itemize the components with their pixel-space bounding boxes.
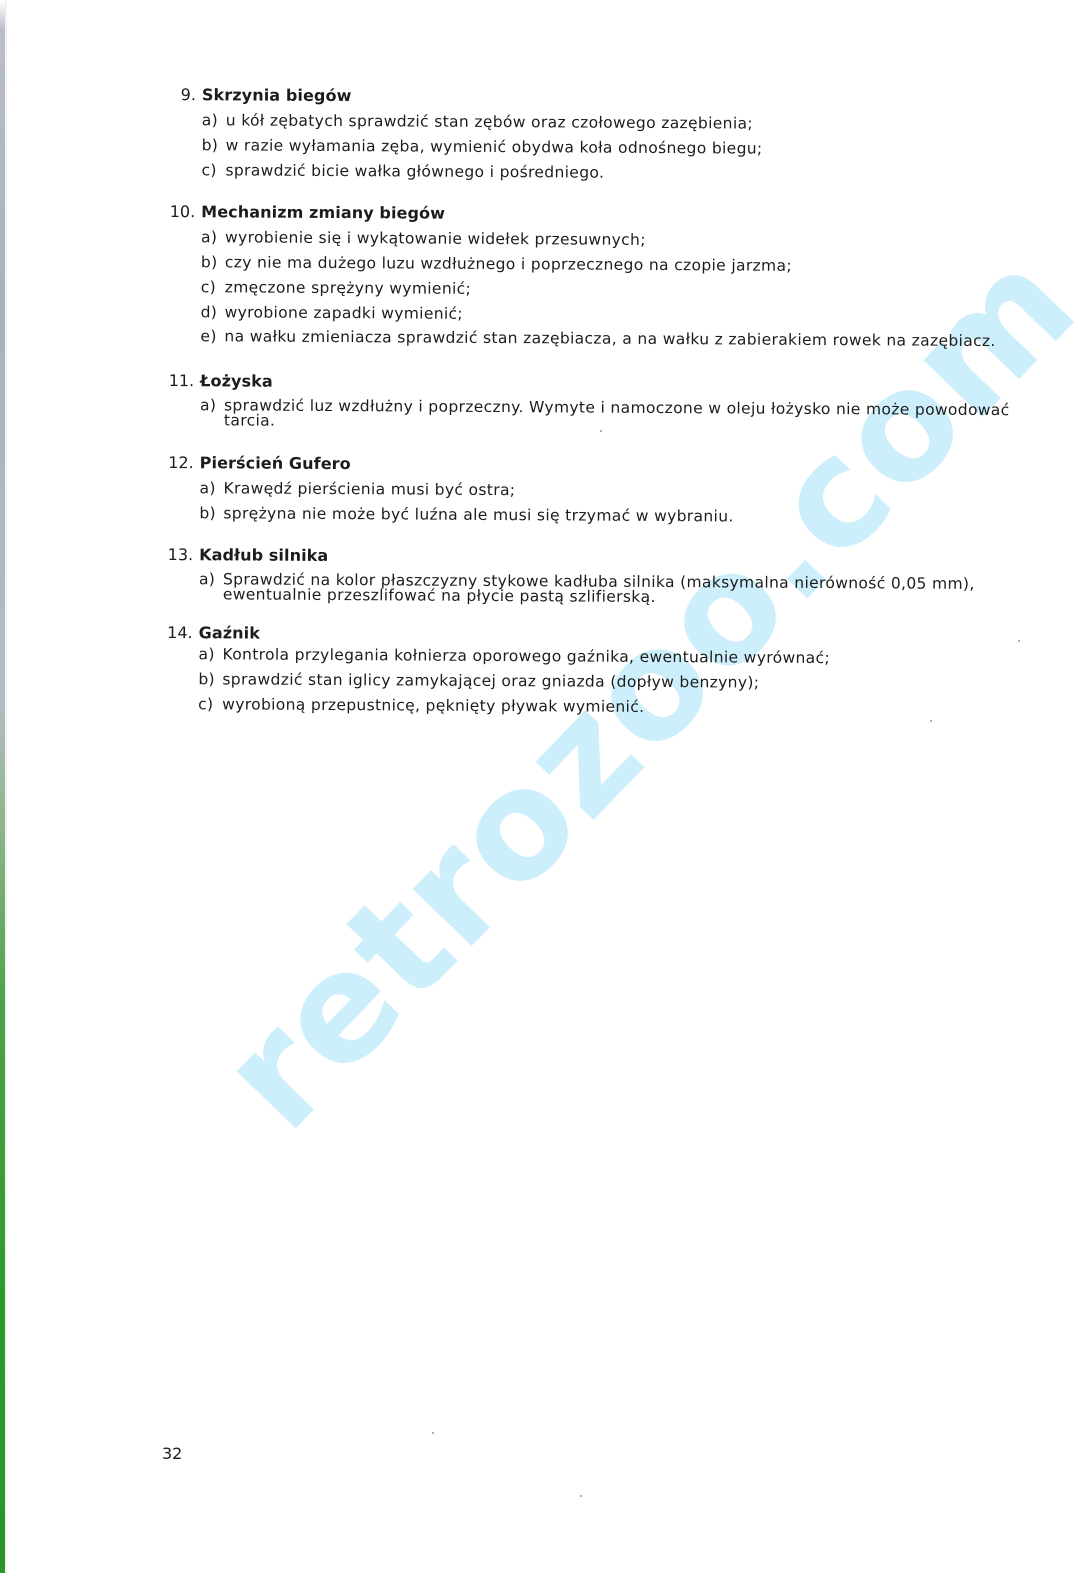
section-bearings: 11. Łożyska a) sprawdzić luz wzdłużny i … <box>166 370 1016 433</box>
item-letter: c) <box>201 162 225 179</box>
item-letter: a) <box>201 229 225 246</box>
item-letter: b) <box>198 671 222 688</box>
item-letter: e) <box>200 329 224 344</box>
list-item: a) Kontrola przylegania kołnierza oporow… <box>198 646 1014 668</box>
item-text: sprężyna nie może być luźna ale musi się… <box>223 505 1015 527</box>
section-number: 10. <box>167 201 201 223</box>
section-title: Mechanizm zmiany biegów <box>201 201 445 224</box>
list-item: a) wyrobienie się i wykątowanie widełek … <box>201 229 1017 251</box>
section-title: Pierścień Gufero <box>200 452 351 475</box>
list-item: b) sprężyna nie może być luźna ale musi … <box>199 505 1015 527</box>
scan-speck <box>580 1495 582 1497</box>
list-item: c) sprawdzić bicie wałka głównego i pośr… <box>201 162 1017 184</box>
section-number: 14. <box>165 622 199 644</box>
item-text: zmęczone sprężyny wymienić; <box>225 279 1017 301</box>
section-engine-block: 13. Kadłub silnika a) Sprawdzić na kolor… <box>165 544 1015 607</box>
section-heading: 13. Kadłub silnika <box>165 544 1015 571</box>
section-title: Skrzynia biegów <box>202 84 352 107</box>
item-letter: a) <box>198 646 222 663</box>
list-item: d) wyrobione zapadki wymienić; <box>201 304 1017 326</box>
item-text: sprawdzić luz wzdłużny i poprzeczny. Wym… <box>224 398 1016 433</box>
list-item: b) czy nie ma dużego luzu wzdłużnego i p… <box>201 254 1017 276</box>
item-letter: c) <box>198 696 222 713</box>
item-letter: a) <box>199 572 223 602</box>
section-heading: 10. Mechanizm zmiany biegów <box>167 201 1017 228</box>
section-heading: 12. Pierścień Gufero <box>166 452 1016 479</box>
list-item: a) sprawdzić luz wzdłużny i poprzeczny. … <box>200 398 1016 433</box>
section-title: Łożyska <box>200 370 273 392</box>
section-gearbox: 9. Skrzynia biegów a) u kół zębatych spr… <box>167 84 1018 184</box>
document-page: 9. Skrzynia biegów a) u kół zębatych spr… <box>0 0 1080 1573</box>
section-seal-ring: 12. Pierścień Gufero a) Krawędź pierście… <box>165 452 1015 527</box>
section-number: 9. <box>168 84 202 106</box>
item-text: wyrobioną przepustnicę, pęknięty pływak … <box>222 696 1014 718</box>
list-item: b) w razie wyłamania zęba, wymienić obyd… <box>202 137 1018 159</box>
list-item: c) wyrobioną przepustnicę, pęknięty pływ… <box>198 696 1014 718</box>
section-heading: 9. Skrzynia biegów <box>168 84 1018 111</box>
item-letter: a) <box>200 398 224 428</box>
section-number: 13. <box>165 544 199 566</box>
item-letter: b) <box>201 254 225 271</box>
section-number: 11. <box>166 370 200 392</box>
scan-speck <box>930 720 932 722</box>
list-item: a) Sprawdzić na kolor płaszczyzny stykow… <box>199 572 1015 607</box>
item-letter: b) <box>202 137 226 154</box>
section-carburetor: 14. Gaźnik a) Kontrola przylegania kołni… <box>164 622 1015 718</box>
item-text: Sprawdzić na kolor płaszczyzny stykowe k… <box>223 572 1015 607</box>
item-text: sprawdzić stan iglicy zamykającej oraz g… <box>222 671 1014 693</box>
list-item: c) zmęczone sprężyny wymienić; <box>201 279 1017 301</box>
list-item: a) u kół zębatych sprawdzić stan zębów o… <box>202 112 1018 134</box>
list-item: e) na wałku zmieniacza sprawdzić stan za… <box>200 329 1016 349</box>
section-heading: 11. Łożyska <box>166 370 1016 397</box>
scan-speck <box>600 430 602 432</box>
section-title: Kadłub silnika <box>199 544 328 567</box>
item-text: Kontrola przylegania kołnierza oporowego… <box>222 646 1014 668</box>
item-text: czy nie ma dużego luzu wzdłużnego i popr… <box>225 254 1017 276</box>
item-text: u kół zębatych sprawdzić stan zębów oraz… <box>226 112 1018 134</box>
scan-speck <box>1018 640 1020 642</box>
item-text: sprawdzić bicie wałka głównego i pośredn… <box>225 162 1017 184</box>
item-text: na wałku zmieniacza sprawdzić stan zazęb… <box>224 329 1016 349</box>
section-title: Gaźnik <box>199 622 260 644</box>
list-item: b) sprawdzić stan iglicy zamykającej ora… <box>198 671 1014 693</box>
item-text: wyrobione zapadki wymienić; <box>225 304 1017 326</box>
item-letter: d) <box>201 304 225 321</box>
item-letter: a) <box>199 480 223 497</box>
checklist-content: 9. Skrzynia biegów a) u kół zębatych spr… <box>164 84 1018 738</box>
item-letter: b) <box>199 505 223 522</box>
section-gear-shift-mechanism: 10. Mechanizm zmiany biegów a) wyrobieni… <box>166 201 1017 349</box>
item-letter: c) <box>201 279 225 296</box>
item-text: Krawędź pierścienia musi być ostra; <box>223 480 1015 502</box>
list-item: a) Krawędź pierścienia musi być ostra; <box>199 480 1015 502</box>
section-number: 12. <box>166 452 200 474</box>
page-number: 32 <box>162 1444 182 1463</box>
item-text: w razie wyłamania zęba, wymienić obydwa … <box>226 137 1018 159</box>
item-letter: a) <box>202 112 226 129</box>
scan-speck <box>432 1432 434 1434</box>
item-text: wyrobienie się i wykątowanie widełek prz… <box>225 229 1017 251</box>
